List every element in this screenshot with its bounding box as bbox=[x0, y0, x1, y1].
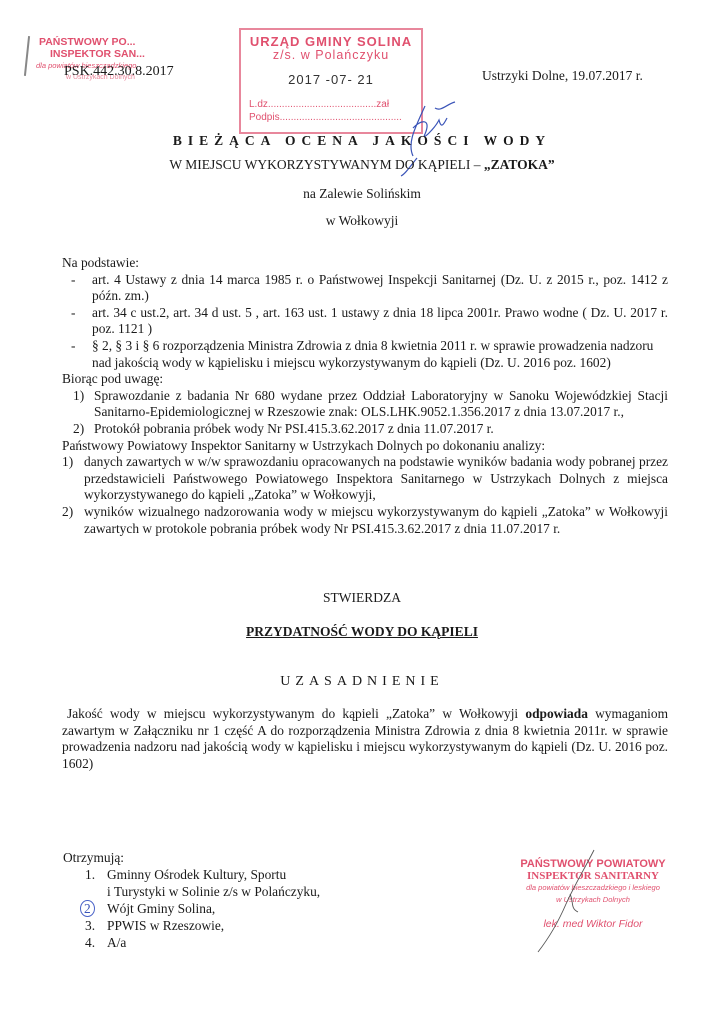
basis-item: -§ 2, § 3 i § 6 rozporządzenia Ministra … bbox=[62, 338, 668, 371]
stamp-received-date: 2017 -07- 21 bbox=[241, 72, 421, 87]
stamp-line: PAŃSTWOWY PO... bbox=[39, 36, 186, 48]
basis-item: -art. 34 c ust.2, art. 34 d ust. 5 , art… bbox=[62, 305, 668, 338]
document-body: Na podstawie: -art. 4 Ustawy z dnia 14 m… bbox=[62, 255, 668, 537]
basis-list: -art. 4 Ustawy z dnia 14 marca 1985 r. o… bbox=[62, 272, 668, 372]
recipient-item: 2Wójt Gminy Solina, bbox=[63, 900, 320, 917]
compliance-result: odpowiada bbox=[525, 706, 588, 721]
reference-number: PSK.442.30.8.2017 bbox=[64, 64, 174, 80]
lake-name: na Zalewie Solińskim bbox=[0, 186, 724, 202]
considering-heading: Biorąc pod uwagę: bbox=[62, 371, 668, 388]
basis-item: -art. 4 Ustawy z dnia 14 marca 1985 r. o… bbox=[62, 272, 668, 305]
considering-item: 1)Sprawozdanie z badania Nr 680 wydane p… bbox=[62, 388, 668, 421]
basis-heading: Na podstawie: bbox=[62, 255, 668, 272]
recipient-item: 1.Gminny Ośrodek Kultury, Sportui Turyst… bbox=[63, 866, 320, 900]
circled-number-mark: 2 bbox=[80, 900, 95, 917]
incoming-mail-stamp: URZĄD GMINY SOLINA z/s. w Polańczyku 201… bbox=[239, 28, 423, 134]
considering-list: 1)Sprawozdanie z badania Nr 680 wydane p… bbox=[62, 388, 668, 438]
recipient-item: 3.PPWIS w Rzeszowie, bbox=[63, 917, 320, 934]
justification-text: Jakość wody w miejscu wykorzystywanym do… bbox=[62, 706, 668, 772]
inspector-signature-stamp: PAŃSTWOWY POWIATOWY INSPEKTOR SANITARNY … bbox=[508, 858, 678, 930]
subtitle-prefix: W MIEJSCU WYKORZYSTYWANYM DO KĄPIELI – bbox=[169, 157, 484, 172]
recipients-block: Otrzymują: 1.Gminny Ośrodek Kultury, Spo… bbox=[63, 849, 320, 951]
stamp-line: INSPEKTOR SAN... bbox=[50, 48, 186, 60]
decision-verdict: PRZYDATNOŚĆ WODY DO KĄPIELI bbox=[0, 624, 724, 640]
document-subtitle: W MIEJSCU WYKORZYSTYWANYM DO KĄPIELI – „… bbox=[0, 157, 724, 173]
village-name: w Wołkowyji bbox=[0, 213, 724, 229]
place-and-date: Ustrzyki Dolne, 19.07.2017 r. bbox=[482, 68, 643, 84]
stamp-office-name: URZĄD GMINY SOLINA bbox=[241, 34, 421, 49]
stamp-ldz: L.dz....................................… bbox=[249, 99, 421, 110]
analysis-list: 1)danych zawartych w w/w sprawozdaniu op… bbox=[62, 454, 668, 537]
analysis-item: 2)wyników wizualnego nadzorowania wody w… bbox=[62, 504, 668, 537]
decision-states: STWIERDZA bbox=[0, 590, 724, 606]
recipients-heading: Otrzymują: bbox=[63, 849, 320, 866]
bathing-site-name: „ZATOKA” bbox=[484, 157, 555, 172]
recipient-item: 4.A/a bbox=[63, 934, 320, 951]
analysis-item: 1)danych zawartych w w/w sprawozdaniu op… bbox=[62, 454, 668, 504]
stamp-office-seat: z/s. w Polańczyku bbox=[241, 48, 421, 62]
recipients-list: 1.Gminny Ośrodek Kultury, Sportui Turyst… bbox=[63, 866, 320, 951]
analysis-heading: Państwowy Powiatowy Inspektor Sanitarny … bbox=[62, 438, 668, 455]
justification-title: UZASADNIENIE bbox=[0, 674, 724, 690]
considering-item: 2)Protokół pobrania próbek wody Nr PSI.4… bbox=[62, 421, 668, 438]
stamp-edge-line bbox=[24, 36, 30, 76]
stamp-podpis: Podpis..................................… bbox=[249, 112, 421, 123]
signatory-name: lek. med Wiktor Fidor bbox=[508, 918, 678, 930]
document-title: BIEŻĄCA OCENA JAKOŚCI WODY bbox=[0, 133, 724, 149]
